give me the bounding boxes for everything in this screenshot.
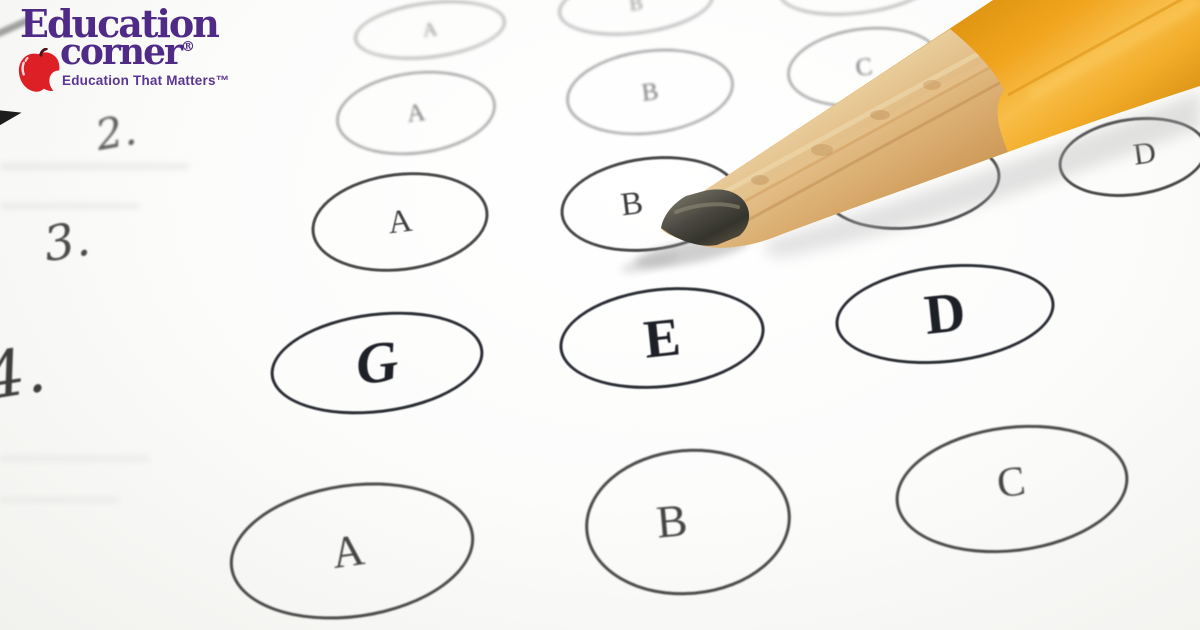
stray-black-mark bbox=[0, 106, 23, 126]
bubble-letter: B bbox=[619, 186, 645, 221]
bubble-c-row-3: C bbox=[818, 128, 1006, 239]
apple-icon bbox=[16, 48, 64, 93]
bubble-a-row-3: A bbox=[306, 163, 495, 282]
bubble-b-row-1: B bbox=[555, 0, 717, 43]
bubble-letter: C bbox=[995, 460, 1028, 505]
bubble-letter: D bbox=[1131, 135, 1157, 169]
paper-streak bbox=[0, 203, 140, 209]
bubble-letter: D bbox=[922, 284, 968, 344]
bubble-a-row-5: A bbox=[221, 468, 483, 630]
paper-streak bbox=[0, 497, 120, 503]
bubble-letter: A bbox=[386, 204, 414, 240]
bubble-letter: B bbox=[655, 497, 690, 545]
bubble-letter: G bbox=[353, 332, 402, 395]
bubble-b-row-3: B bbox=[555, 146, 745, 261]
question-number-3: 3. bbox=[41, 215, 94, 270]
answer-sheet: Education corner® Education That Matters… bbox=[0, 0, 1200, 630]
bubble-c-row-1: C bbox=[775, 0, 941, 24]
question-number-2: 2. bbox=[93, 109, 140, 157]
registered-mark: ® bbox=[181, 39, 195, 55]
paper-streak bbox=[0, 455, 150, 462]
bubble-letter: B bbox=[640, 79, 660, 106]
bubble-letter: A bbox=[422, 19, 439, 41]
bubble-c-row-2: C bbox=[783, 19, 945, 115]
bubble-g-row-ged: G bbox=[265, 300, 490, 425]
bubble-c-row-5: C bbox=[888, 412, 1136, 566]
bubble-b-row-2: B bbox=[562, 40, 739, 144]
bubble-letter: C bbox=[854, 54, 874, 81]
brand-tagline: Education That Matters™ bbox=[62, 73, 229, 88]
bubble-b-row-5: B bbox=[579, 440, 797, 603]
bubble-a-row-1: A bbox=[351, 0, 509, 67]
bubble-d-row-ged: D bbox=[830, 254, 1059, 374]
bubble-letter: A bbox=[406, 99, 427, 126]
bubble-d-row-3: D bbox=[1053, 108, 1200, 206]
bubble-letter: B bbox=[628, 0, 644, 15]
bubble-a-row-2: A bbox=[332, 63, 501, 164]
bubble-letter: E bbox=[641, 309, 682, 366]
bubble-letter: A bbox=[329, 528, 367, 576]
brand-logo: Education corner® Education That Matters… bbox=[14, 4, 229, 88]
pencil-tip-shadow bbox=[619, 249, 681, 277]
bubble-letter: C bbox=[889, 161, 913, 194]
bubble-e-row-ged: E bbox=[554, 278, 769, 399]
question-number-4: 4. bbox=[0, 338, 50, 411]
paper-streak bbox=[0, 163, 190, 170]
